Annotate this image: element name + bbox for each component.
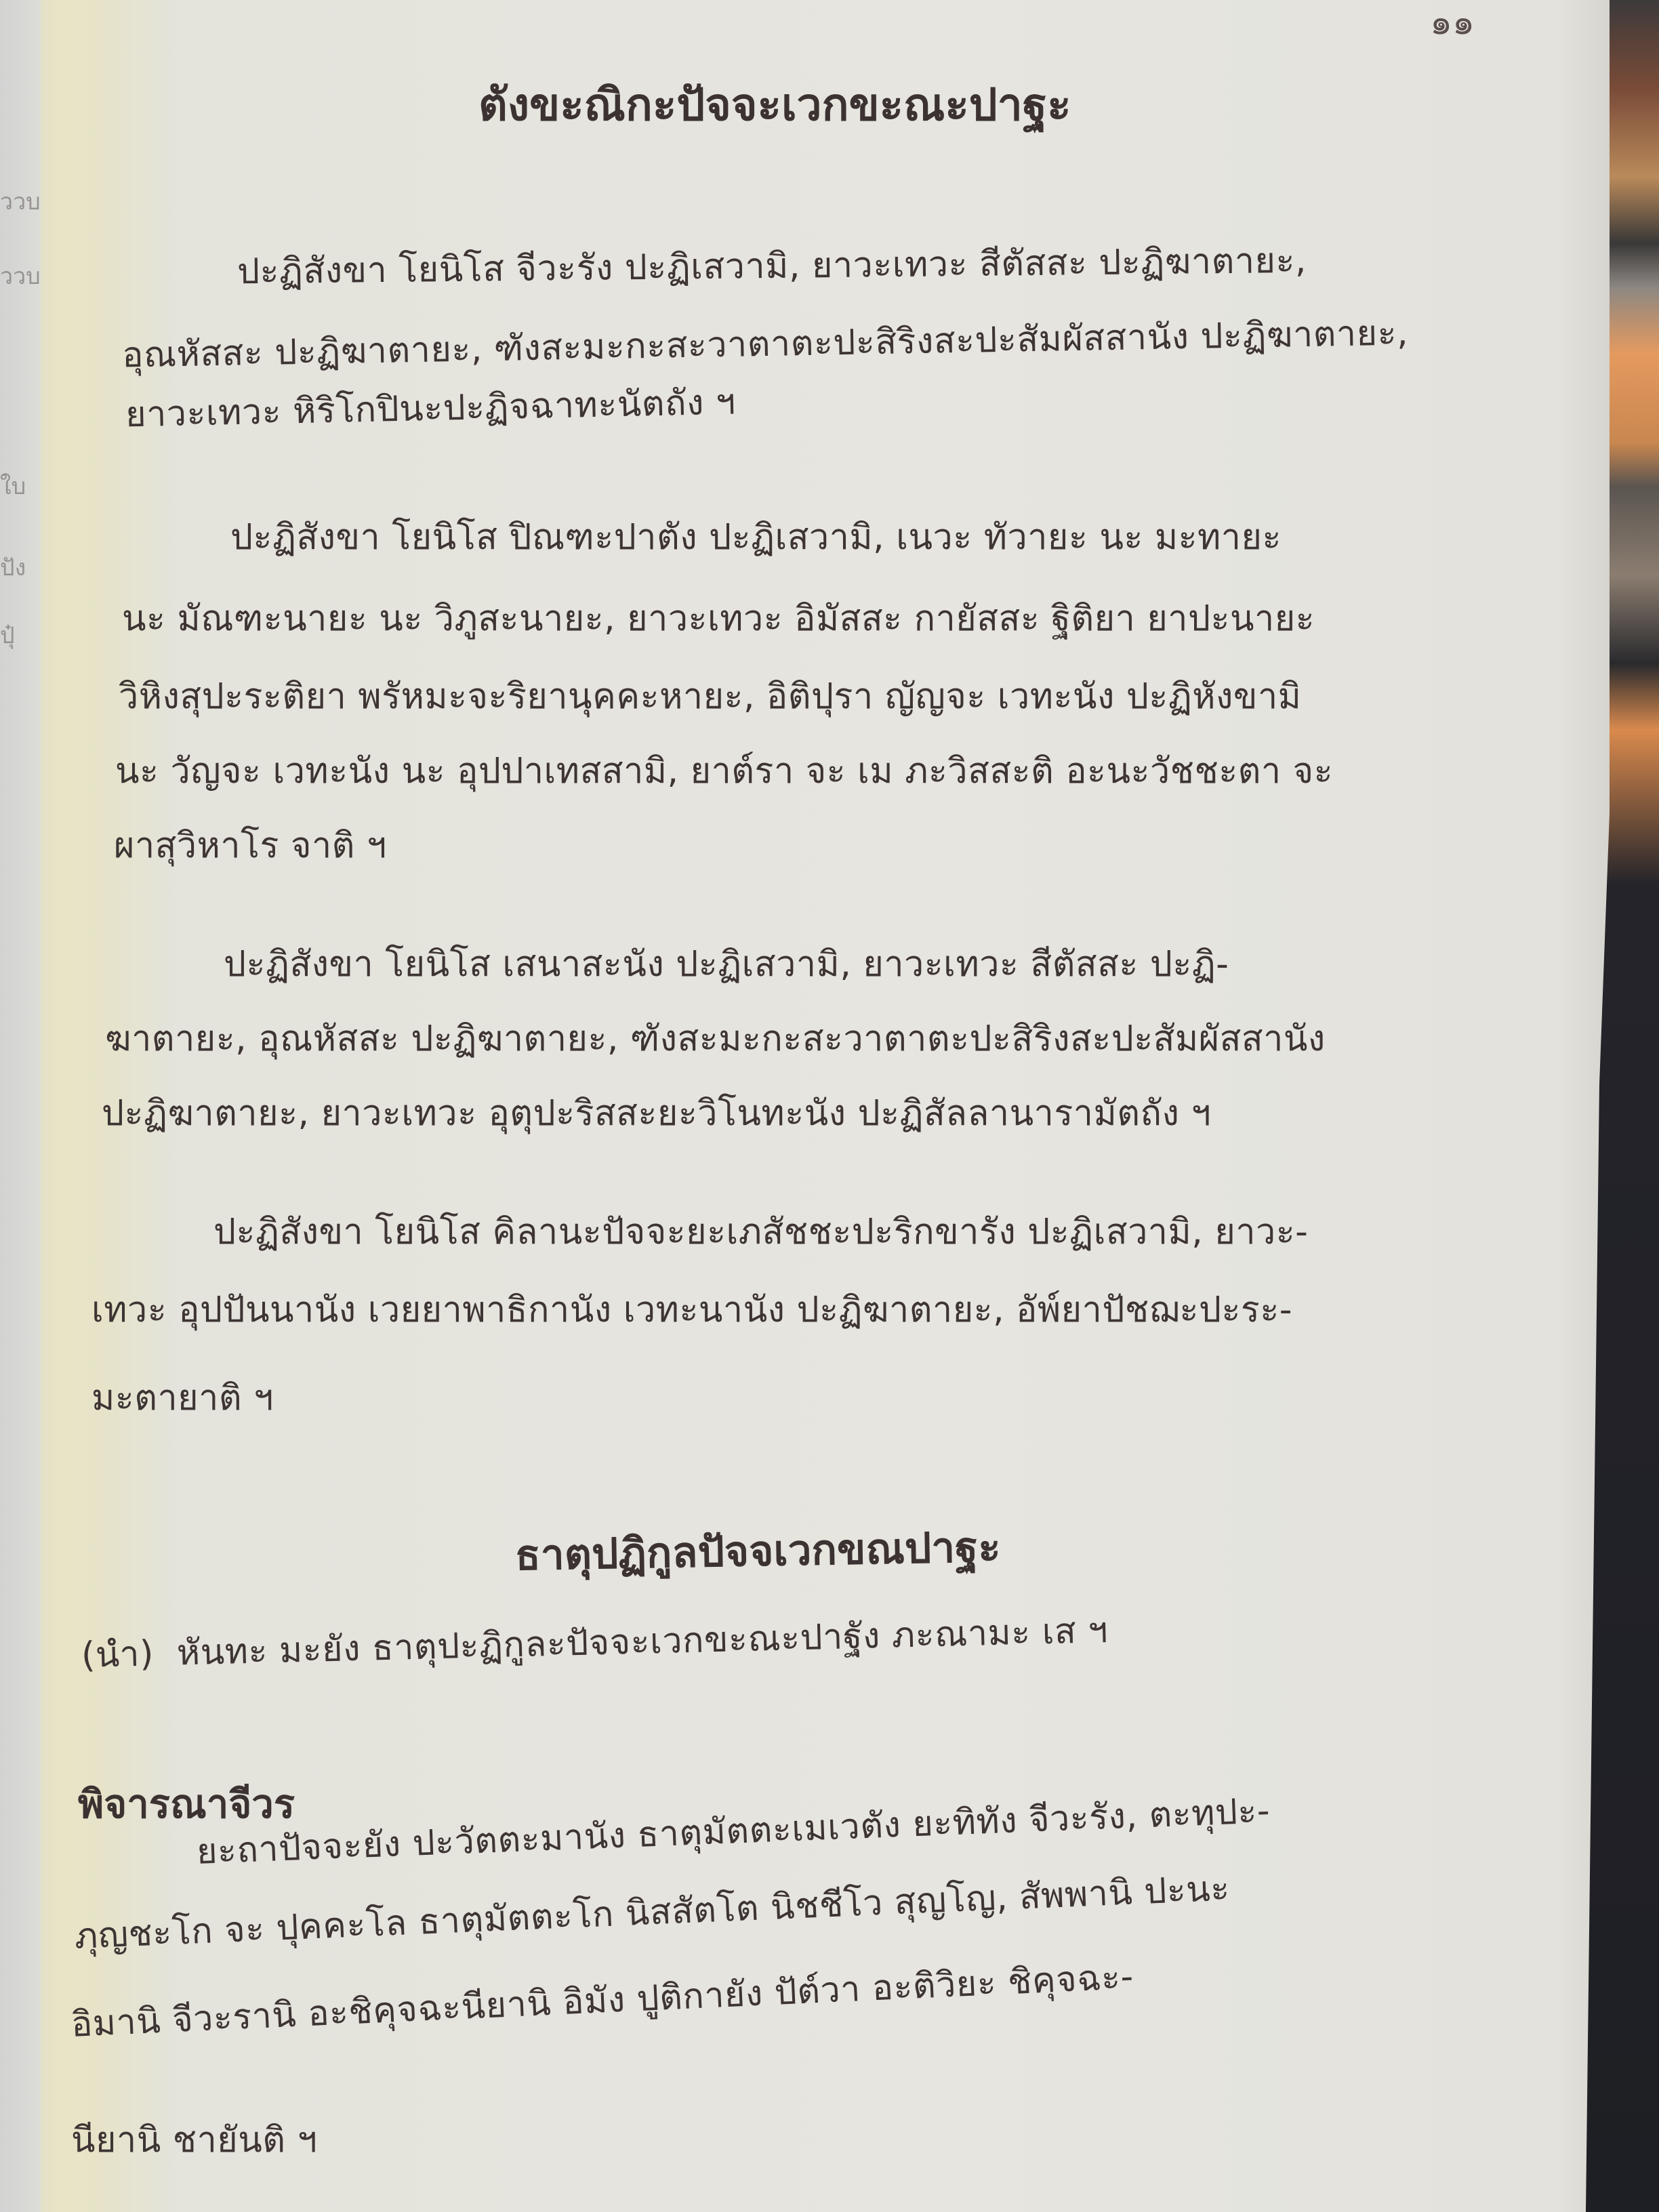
text-line: ฆาตายะ, อุณหัสสะ ปะฏิฆาตายะ, ฑังสะมะกะสะ…: [105, 1010, 1326, 1066]
text-line: อิมานิ จีวะรานิ อะชิคุจฉะนียานิ อิมัง ปู…: [70, 1948, 1134, 2052]
text-line: ปะฏิสังขา โยนิโส จีวะรัง ปะฏิเสวามิ, ยาว…: [237, 232, 1307, 300]
text-line: ผาสุวิหาโร จาติ ฯ: [114, 817, 387, 873]
facing-page-fragment: ววบ: [0, 258, 41, 294]
leader-instruction: (นำ) หันทะ มะยัง ธาตุปะฏิกูละปัจจะเวกขะณ…: [81, 1601, 1109, 1683]
text-line: ปะฏิสังขา โยนิโส คิลานะปัจจะยะเภสัชชะปะร…: [213, 1203, 1308, 1259]
section-title: ตังขะณิกะปัจจะเวกขะณะปาฐะ: [478, 69, 1071, 140]
page-number: ๑๑: [1430, 0, 1475, 49]
text-line: ยาวะเทวะ หิริโกปินะปะฏิจฉาทะนัตถัง ฯ: [125, 373, 736, 443]
facing-page-fragment: ปุ๋: [0, 617, 15, 653]
facing-page-edge: ววบ ววบ ใบ ปัง ปุ๋: [0, 0, 41, 2212]
text-line: นะ วัญจะ เวทะนัง นะ อุปปาเทสสามิ, ยาต์รา…: [115, 742, 1333, 798]
text-line: มะตายาติ ฯ: [91, 1369, 274, 1425]
text-line: ปะฏิสังขา โยนิโส ปิณฑะปาตัง ปะฏิเสวามิ, …: [230, 508, 1282, 565]
text-line: อุณหัสสะ ปะฏิฆาตายะ, ฑังสะมะกะสะวาตาตะปะ…: [121, 304, 1408, 382]
facing-page-fragment: ววบ: [0, 183, 41, 220]
book-page: ววบ ววบ ใบ ปัง ปุ๋ ๑๑ ตังขะณิกะปัจจะเวกข…: [0, 0, 1610, 2212]
leader-label: (นำ): [81, 1633, 154, 1676]
section-title: ธาตุปฏิกูลปัจจเวกขณปาฐะ: [514, 1514, 1001, 1589]
text-line: เทวะ อุปปันนานัง เวยยาพาธิกานัง เวทะนานั…: [91, 1281, 1292, 1337]
text-line: นะ มัณฑะนายะ นะ วิภูสะนายะ, ยาวะเทวะ อิม…: [122, 590, 1315, 646]
text-line: ปะฏิฆาตายะ, ยาวะเทวะ อุตุปะริสสะยะวิโนทะ…: [102, 1084, 1211, 1141]
text-line: ปะฏิสังขา โยนิโส เสนาสะนัง ปะฏิเสวามิ, ย…: [224, 935, 1229, 991]
leader-text: หันทะ มะยัง ธาตุปะฏิกูละปัจจะเวกขะณะปาฐั…: [176, 1610, 1108, 1674]
facing-page-fragment: ปัง: [0, 549, 26, 586]
facing-page-fragment: ใบ: [0, 468, 26, 504]
text-line: วิหิงสุปะระติยา พรัหมะจะริยานุคคะหายะ, อ…: [119, 668, 1301, 724]
text-line: นียานิ ชายันติ ฯ: [71, 2111, 317, 2167]
